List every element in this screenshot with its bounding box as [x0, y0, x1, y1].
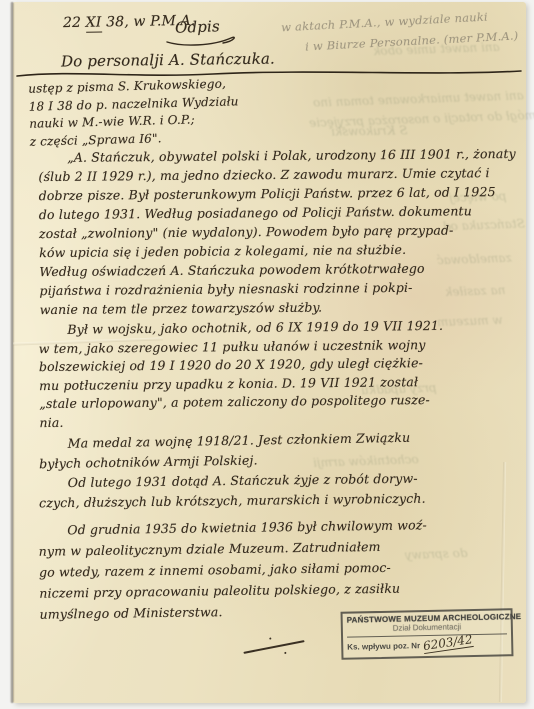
- paragraph-biography: „A. Stańczuk, obywatel polski i Polak, u…: [38, 144, 517, 319]
- date-day: 22: [63, 15, 86, 31]
- date-month-roman: XI: [86, 14, 102, 32]
- copy-underline-flourish: [165, 32, 243, 48]
- museum-stamp: PAŃSTWOWE MUZEUM ARCHEOLOGICZNE Dział Do…: [341, 608, 514, 660]
- paragraph-medal: Ma medal za wojnę 1918/21. Jest członkie…: [39, 428, 411, 474]
- end-of-text-dash: [243, 640, 304, 654]
- paragraph-military-service: Był w wojsku, jako ochotnik, od 6 IX 191…: [38, 317, 444, 432]
- paragraph-work-since-1931: Od lutego 1931 dotąd A. Stańczuk żyje z …: [39, 469, 426, 514]
- bleed-through-text: mógł do rotacji o nosorożca przyjęcie: [309, 108, 534, 130]
- bleed-through-text: S Krukowski: [331, 123, 408, 138]
- pencil-note-line2: i w Biurze Personalne. (mer P.M.A.): [305, 28, 519, 53]
- stamp-accession-number: 6203/42: [422, 632, 473, 654]
- reference-note: ustęp z pisma S. Krukowskiego,18 I 38 do…: [28, 75, 240, 150]
- stamp-department: Dział Dokumentacji: [347, 621, 507, 633]
- paragraph-museum-employment: Od grudnia 1935 do kwietnia 1936 był chw…: [38, 514, 428, 624]
- paper-sheet: ani nawet umie obok ani nawet umiarkowan…: [13, 2, 526, 703]
- paper-crease: [499, 462, 506, 702]
- text-line: czych, dłuższych lub krótszych, murarski…: [39, 489, 426, 514]
- scanned-document: ani nawet umie obok ani nawet umiarkowan…: [0, 0, 534, 709]
- bleed-through-text: ani nawet umiarkowane toman ino: [313, 88, 524, 109]
- stamp-register-label: Ks. wpływu poz. Nr: [347, 641, 420, 652]
- text-line: wanie na tem tle przez towarzyszów służb…: [40, 296, 518, 319]
